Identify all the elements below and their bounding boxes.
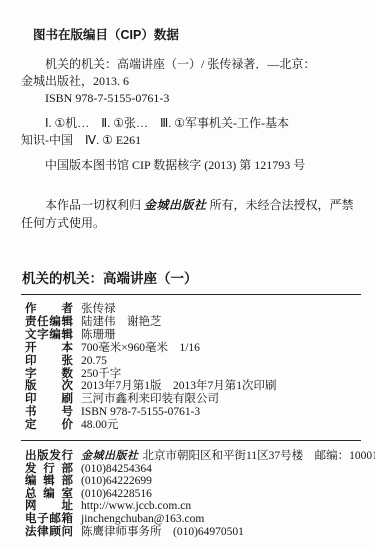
publisher-logotype: 金城出版社 [81,450,139,462]
divider [21,294,361,295]
colophon-row-format: 开本700毫米×960毫米 1/16 [21,342,361,355]
publisher-logotype: 金城出版社 [144,198,207,212]
colophon-row-copy-editor: 文字编辑陈珊珊 [21,329,361,342]
cip-data-section: 图书在版编目（CIP）数据 机关的机关：高端讲座（一）/ 张传禄著．—北京： 金… [21,25,361,174]
contact-row-publisher: 出版发行金城出版社北京市朝阳区和平街11区37号楼 邮编：100013 [21,450,361,463]
contact-row-chief-editor-office: 总编室(010)64228516 [21,488,361,501]
publisher-contact-table: 出版发行金城出版社北京市朝阳区和平街11区37号楼 邮编：100013 发行部(… [21,450,361,538]
colophon-row-word-count: 字数250千字 [21,368,361,381]
contact-row-distribution: 发行部(010)84254364 [21,463,361,476]
contact-row-website: 网址http://www.jccb.com.cn [21,500,361,513]
colophon-row-price: 定价48.00元 [21,419,361,432]
divider [21,440,361,441]
colophon-section: 机关的机关：高端讲座（一） 作者张传禄 责任编辑陆建伟 谢艳芝 文字编辑陈珊珊 … [21,267,361,538]
cip-classification-line1: Ⅰ. ①机… Ⅱ. ①张… Ⅲ. ①军事机关-工作-基本 [21,115,361,132]
colophon-row-isbn: 书号ISBN 978-7-5155-0761-3 [21,406,361,419]
colophon-table: 作者张传禄 责任编辑陆建伟 谢艳芝 文字编辑陈珊珊 开本700毫米×960毫米 … [21,303,361,432]
cip-isbn: ISBN 978-7-5155-0761-3 [21,90,361,107]
contact-row-legal-counsel: 法律顾问陈鹰律师事务所 (010)64970501 [21,526,361,539]
book-copyright-page: 图书在版编目（CIP）数据 机关的机关：高端讲座（一）/ 张传禄著．—北京： 金… [0,0,375,538]
colophon-row-sheets: 印张20.75 [21,355,361,368]
book-title: 机关的机关：高端讲座（一） [22,267,361,287]
contact-row-editorial: 编辑部(010)64222699 [21,475,361,488]
cip-entry-line1: 机关的机关：高端讲座（一）/ 张传禄著．—北京： [21,56,361,73]
rights-notice: 本作品一切权利归 金城出版社 所有，未经合法授权，严禁任何方式使用。 [21,197,361,232]
cip-classification-line2: 知识-中国 Ⅳ. ① E261 [21,132,361,149]
cip-entry-line2: 金城出版社，2013. 6 [21,73,361,90]
colophon-row-printer: 印刷三河市鑫利来印装有限公司 [21,393,361,406]
colophon-row-editor: 责任编辑陆建伟 谢艳芝 [21,316,361,329]
cip-heading: 图书在版编目（CIP）数据 [33,25,361,43]
contact-row-email: 电子邮箱jinchengchuban@163.com [21,513,361,526]
colophon-row-author: 作者张传禄 [21,303,361,316]
rights-notice-prefix: 本作品一切权利归 [45,198,144,212]
cip-record-number: 中国版本图书馆 CIP 数据核字 (2013) 第 121793 号 [21,157,361,174]
colophon-row-edition: 版次2013年7月第1版 2013年7月第1次印刷 [21,380,361,393]
